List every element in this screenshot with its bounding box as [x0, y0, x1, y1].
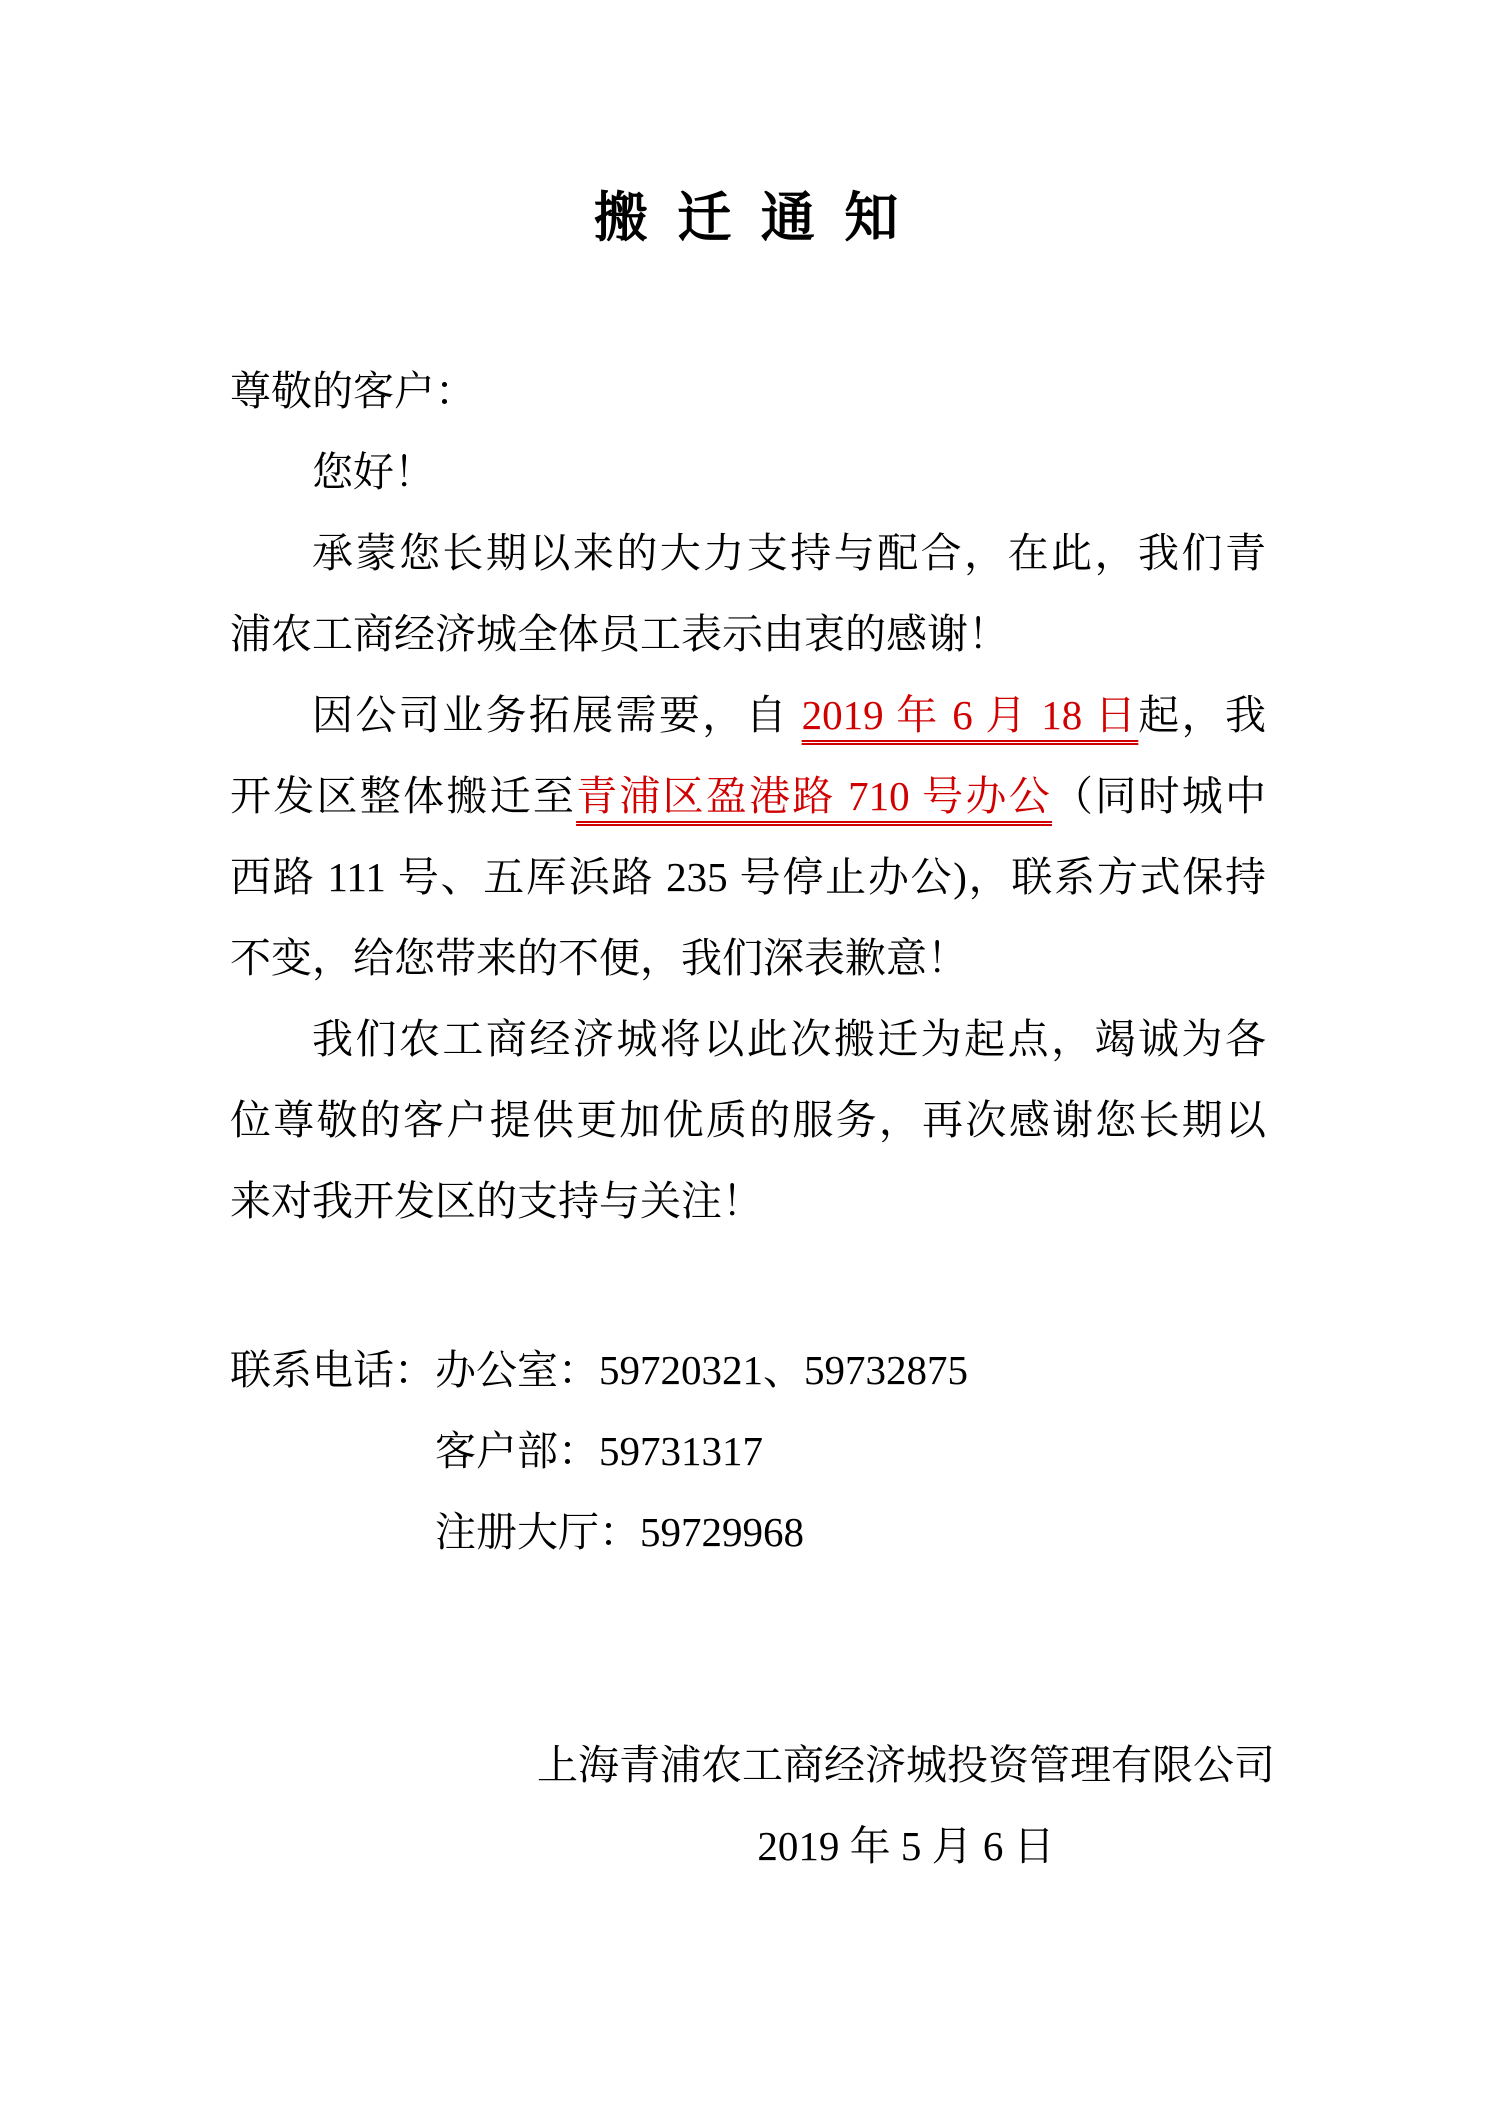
contact-department: 办公室： [435, 1347, 599, 1393]
body-text: 您好！ [312, 449, 435, 495]
relocation-notice-document: 搬 迁 通 知 尊敬的客户：您好！承蒙您长期以来的大力支持与配合，在此，我们青浦… [0, 0, 1500, 2121]
body-line: 不变，给您带来的不便，我们深表歉意！ [230, 918, 1266, 999]
body-text: 浦农工商经济城全体员工表示由衷的感谢！ [230, 611, 1009, 657]
body-text: 起，我 [1138, 692, 1266, 738]
document-body: 尊敬的客户：您好！承蒙您长期以来的大力支持与配合，在此，我们青浦农工商经济城全体… [230, 351, 1266, 1242]
contact-line: 联系电话：办公室：59720321、59732875 [230, 1330, 1266, 1411]
body-text: 因公司业务拓展需要，自 [312, 692, 802, 738]
contact-phone-numbers: 59720321、59732875 [599, 1347, 968, 1393]
contact-line: 联系电话：注册大厅：59729968 [230, 1492, 1266, 1573]
body-text: 开发区整体搬迁至 [230, 773, 576, 819]
contact-department: 客户部： [435, 1428, 599, 1474]
body-text: 我们农工商经济城将以此次搬迁为起点，竭诚为各 [312, 1016, 1266, 1062]
body-text: 位尊敬的客户提供更加优质的服务，再次感谢您长期以 [230, 1097, 1266, 1143]
contact-section: 联系电话：办公室：59720321、59732875联系电话：客户部：59731… [230, 1330, 1266, 1573]
body-line: 因公司业务拓展需要，自 2019 年 6 月 18 日起，我 [230, 675, 1266, 756]
highlighted-red-text: 青浦区盈港路 710 号办公 [576, 773, 1052, 819]
body-text: 来对我开发区的支持与关注！ [230, 1178, 763, 1224]
body-text: 尊敬的客户： [230, 368, 476, 414]
highlighted-red-text: 2019 年 6 月 18 日 [802, 692, 1139, 738]
body-text: 西路 111 号、五厍浜路 235 号停止办公)，联系方式保持 [230, 854, 1266, 900]
contact-label: 联系电话： [230, 1347, 435, 1393]
body-line: 西路 111 号、五厍浜路 235 号停止办公)，联系方式保持 [230, 837, 1266, 918]
body-line: 浦农工商经济城全体员工表示由衷的感谢！ [230, 594, 1266, 675]
signature-date: 2019 年 5 月 6 日 [537, 1806, 1275, 1887]
body-line: 您好！ [230, 432, 1266, 513]
body-text: 承蒙您长期以来的大力支持与配合，在此，我们青 [312, 530, 1266, 576]
contact-department: 注册大厅： [435, 1509, 640, 1555]
body-text: （同时城中 [1052, 773, 1266, 819]
contact-line: 联系电话：客户部：59731317 [230, 1411, 1266, 1492]
body-line: 承蒙您长期以来的大力支持与配合，在此，我们青 [230, 513, 1266, 594]
contact-phone-numbers: 59731317 [599, 1428, 763, 1474]
body-line: 位尊敬的客户提供更加优质的服务，再次感谢您长期以 [230, 1080, 1266, 1161]
company-name: 上海青浦农工商经济城投资管理有限公司 [537, 1725, 1275, 1806]
document-title: 搬 迁 通 知 [0, 180, 1500, 256]
body-line: 开发区整体搬迁至青浦区盈港路 710 号办公（同时城中 [230, 756, 1266, 837]
body-line: 来对我开发区的支持与关注！ [230, 1161, 1266, 1242]
signature-block: 上海青浦农工商经济城投资管理有限公司 2019 年 5 月 6 日 [537, 1725, 1275, 1887]
contact-phone-numbers: 59729968 [640, 1509, 804, 1555]
body-text: 不变，给您带来的不便，我们深表歉意！ [230, 935, 968, 981]
signature-section: 上海青浦农工商经济城投资管理有限公司 2019 年 5 月 6 日 [0, 1725, 1275, 1887]
body-line: 尊敬的客户： [230, 351, 1266, 432]
body-line: 我们农工商经济城将以此次搬迁为起点，竭诚为各 [230, 999, 1266, 1080]
